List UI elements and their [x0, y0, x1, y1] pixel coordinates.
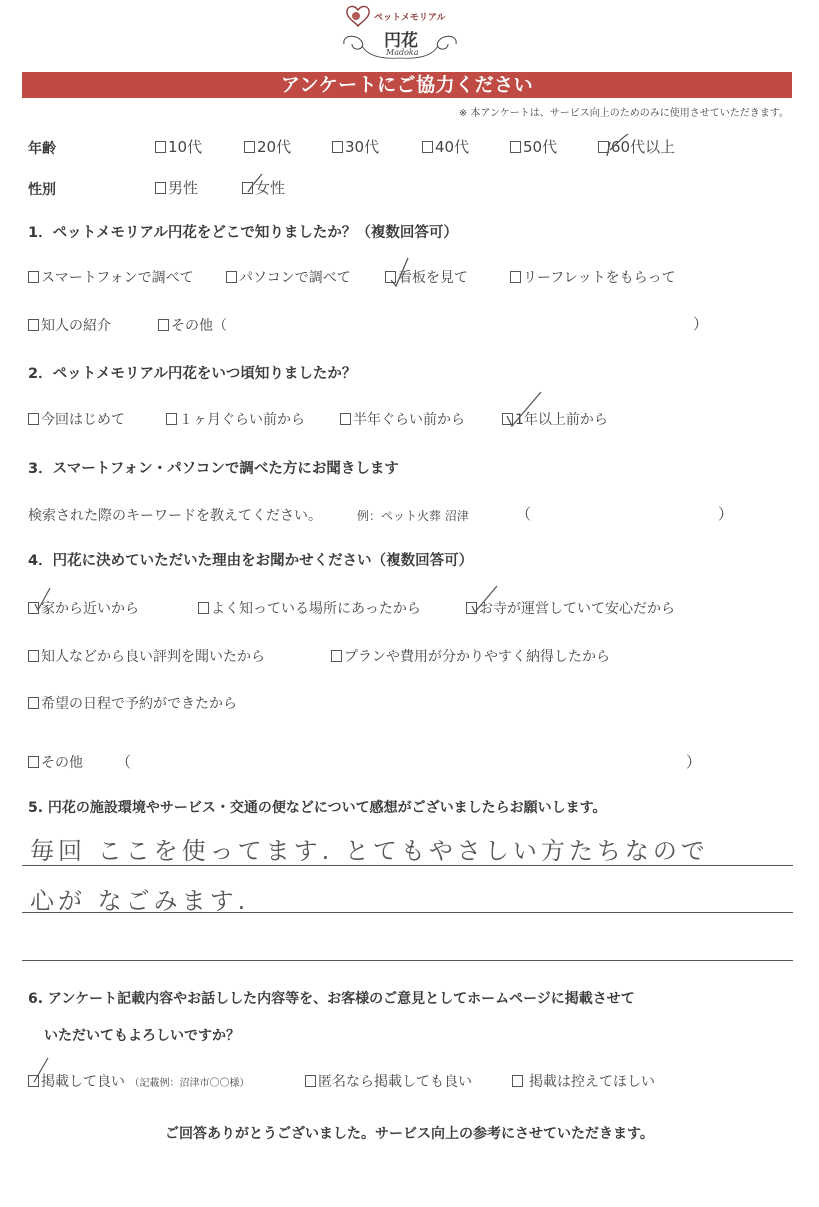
q4-option-known-place[interactable]: よく知っている場所にあったから [198, 598, 421, 618]
checkbox[interactable] [155, 141, 166, 153]
checkbox[interactable] [226, 271, 237, 283]
q4-option-preferred-date[interactable]: 希望の日程で予約ができたから [28, 693, 237, 713]
age-option-40s[interactable]: 40代 [422, 136, 469, 157]
q1-other-close-paren: ） [693, 313, 708, 334]
checkbox-checked[interactable] [242, 182, 253, 194]
usage-notice: ※ 本アンケートは、サービス向上のためのみに使用させていただきます。 [459, 104, 789, 119]
q1-option-other[interactable]: その他（ [158, 315, 227, 335]
checkbox[interactable] [28, 697, 39, 709]
brand-top-text: ペットメモリアル [374, 10, 446, 23]
q2-option-over-1-year[interactable]: 1年以上前から [502, 409, 608, 429]
q1-other-input[interactable] [240, 312, 690, 334]
q1-option-leaflet[interactable]: リーフレットをもらって [510, 267, 676, 287]
age-option-10s[interactable]: 10代 [155, 136, 202, 157]
thank-you-message: ご回答ありがとうございました。サービス向上の参考にさせていただきます。 [0, 1123, 819, 1143]
q1-option-pc[interactable]: パソコンで調べて [226, 267, 351, 287]
checkbox[interactable] [510, 141, 521, 153]
gender-label: 性別 [28, 179, 56, 199]
age-label: 年齢 [28, 138, 56, 158]
q4-option-temple-run[interactable]: お寺が運営していて安心だから [466, 598, 675, 618]
checkbox-checked[interactable] [466, 602, 477, 614]
brand-logo: ペットメモリアル 円花 Madoka [340, 2, 460, 64]
checkbox-checked[interactable] [28, 1075, 39, 1087]
checkbox[interactable] [510, 271, 521, 283]
checkbox[interactable] [28, 413, 39, 425]
answer-rule-line [22, 865, 793, 866]
checkbox-checked[interactable] [502, 413, 513, 425]
page-title: アンケートにご協力ください [22, 72, 792, 98]
checkbox[interactable] [340, 413, 351, 425]
age-option-20s[interactable]: 20代 [244, 136, 291, 157]
checkbox[interactable] [28, 319, 39, 331]
question-2-title: 2．ペットメモリアル円花をいつ頃知りましたか？ [28, 362, 356, 383]
q6-option-publish-ok[interactable]: 掲載して良い （記載例：沼津市〇〇様） [28, 1071, 249, 1091]
q3-keyword-input[interactable] [535, 501, 715, 523]
q5-answer-line-1[interactable]: 毎回 ここを使ってます. とてもやさしい方たちなので [30, 831, 709, 866]
q2-option-1-month[interactable]: １ヶ月ぐらい前から [166, 409, 305, 429]
checkbox-checked[interactable] [385, 271, 396, 283]
q4-option-other[interactable]: その他 [28, 752, 83, 772]
checkbox[interactable] [155, 182, 166, 194]
q4-other-input[interactable] [135, 748, 680, 770]
q5-answer-line-2[interactable]: 心が なごみます. [30, 881, 249, 916]
checkbox-checked[interactable] [598, 141, 609, 153]
q1-option-smartphone[interactable]: スマートフォンで調べて [28, 267, 194, 287]
q2-option-first-time[interactable]: 今回はじめて [28, 409, 125, 429]
q4-option-good-reputation[interactable]: 知人などから良い評判を聞いたから [28, 646, 265, 666]
checkbox[interactable] [244, 141, 255, 153]
checkbox[interactable] [28, 756, 39, 768]
checkbox[interactable] [166, 413, 177, 425]
gender-option-female[interactable]: 女性 [242, 177, 285, 198]
brand-romaji: Madoka [386, 48, 419, 57]
q3-prompt: 検索された際のキーワードを教えてください。 [28, 505, 322, 525]
q4-other-open-paren: （ [116, 751, 131, 772]
q2-option-half-year[interactable]: 半年ぐらい前から [340, 409, 465, 429]
question-6-title-line-2: いただいてもよろしいですか？ [44, 1025, 240, 1045]
question-4-title: 4．円花に決めていただいた理由をお聞かせください（複数回答可） [28, 549, 473, 570]
q3-open-paren: （ [516, 503, 531, 524]
checkbox[interactable] [331, 650, 342, 662]
age-option-30s[interactable]: 30代 [332, 136, 379, 157]
checkbox[interactable] [422, 141, 433, 153]
q3-example: 例：ペット火葬 沼津 [357, 507, 469, 524]
q4-option-near-home[interactable]: 家から近いから [28, 598, 139, 618]
q1-option-referral[interactable]: 知人の紹介 [28, 315, 111, 335]
checkbox[interactable] [198, 602, 209, 614]
question-5-title: 5. 円花の施設環境やサービス・交通の便などについて感想がございましたらお願いし… [28, 797, 607, 817]
answer-rule-line [22, 960, 793, 961]
gender-option-male[interactable]: 男性 [155, 177, 198, 198]
checkbox[interactable] [512, 1075, 523, 1087]
q6-option-anonymous-ok[interactable]: 匿名なら掲載しても良い [305, 1071, 472, 1091]
checkbox[interactable] [28, 650, 39, 662]
q4-option-clear-pricing[interactable]: プランや費用が分かりやすく納得したから [331, 646, 610, 666]
q4-other-close-paren: ） [686, 751, 701, 772]
checkbox[interactable] [305, 1075, 316, 1087]
question-6-title-line-1: 6. アンケート記載内容やお話しした内容等を、お客様のご意見としてホームページに… [28, 988, 635, 1008]
checkbox[interactable] [28, 271, 39, 283]
q1-option-signboard[interactable]: 看板を見て [385, 267, 468, 287]
checkbox[interactable] [332, 141, 343, 153]
q6-option-do-not-publish[interactable]: 掲載は控えてほしい [512, 1071, 655, 1091]
answer-rule-line [22, 912, 793, 913]
question-1-title: 1．ペットメモリアル円花をどこで知りましたか？（複数回答可） [28, 221, 458, 242]
age-option-60s-plus[interactable]: 60代以上 [598, 136, 675, 157]
age-option-50s[interactable]: 50代 [510, 136, 557, 157]
checkbox[interactable] [158, 319, 169, 331]
q3-close-paren: ） [718, 503, 733, 524]
checkbox-checked[interactable] [28, 602, 39, 614]
title-banner: アンケートにご協力ください [22, 72, 792, 98]
question-3-title: 3．スマートフォン・パソコンで調べた方にお聞きします [28, 457, 399, 478]
